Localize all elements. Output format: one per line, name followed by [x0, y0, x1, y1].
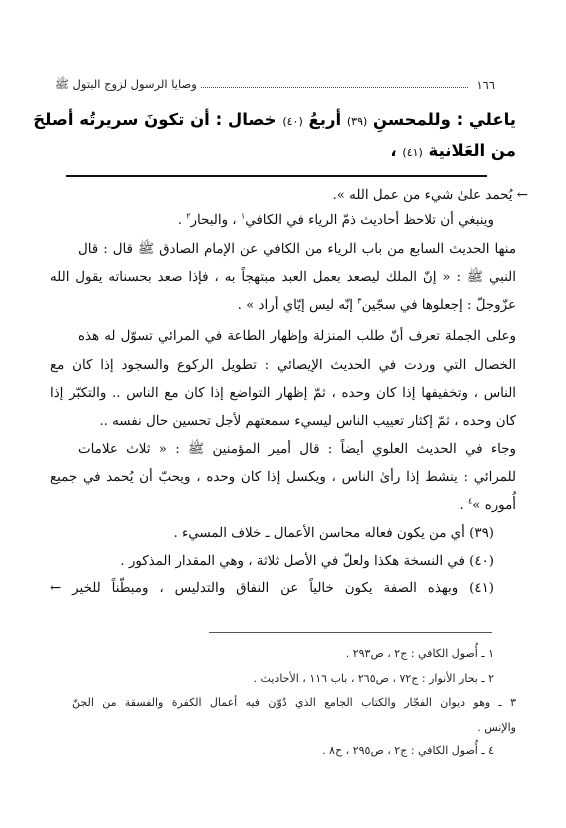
body-line: كان وحده ، ثمّ إكثار تعييب الناس ليسيء س…: [46, 415, 516, 428]
body-text: ، والبحار: [191, 213, 241, 228]
body-line: عزّوجلّ : إجعلوها في سجّين٣ إنّه ليس إيّ…: [46, 299, 516, 312]
heading-line-1: ياعلي : وللمحسنِ (٣٩) أربعُ (٤٠) خصال : …: [46, 110, 516, 129]
body-line: النبي ﷺ : « إنّ الملك ليصعد بعمل العبد م…: [50, 271, 516, 284]
footnote-3-cont: والإنس .: [46, 722, 516, 733]
footnote-4: ٤ ـ أُصول الكافي : ج٢ ، ص٢٩٥ ، ح٨ .: [24, 745, 494, 756]
note-ref-39[interactable]: (٣٩): [347, 115, 367, 128]
page-number: ١٦٦: [476, 78, 495, 92]
heading-text: أربعُ: [303, 110, 347, 129]
section-divider: [66, 175, 487, 177]
body-line: ← يُحمد علىٰ شيء من عمل الله ».: [58, 189, 528, 202]
heading-text: خصال : أن تكونَ سريرتُه أصلحَ: [33, 110, 282, 129]
footnote-divider: [209, 632, 492, 633]
body-text: أُموره »: [472, 498, 516, 513]
book-page: ١٦٦ وصايا الرسول لزوج البتول ﷺ ياعلي : و…: [0, 0, 566, 828]
editor-note-39: (٣٩) أي من يكون فعاله محاسن الأعمال ـ خل…: [24, 527, 494, 540]
dotted-leader: [201, 87, 469, 88]
body-line: وجاء في الحديث العلوي أيضاً : قال أمير ا…: [78, 443, 516, 456]
body-line: الخصال التي وردت في الحديث الإيصائي : تط…: [50, 359, 516, 372]
note-ref-40[interactable]: (٤٠): [282, 115, 302, 128]
editor-note-40: (٤٠) في النسخة هكذا ولعلّ في الأصل ثلاثة…: [24, 555, 494, 568]
body-line: أُموره »٤ .: [46, 499, 516, 512]
body-line: وعلى الجملة تعرف أنّ طلب المنزلة وإظهار …: [78, 330, 516, 343]
footnote-1: ١ ـ أُصول الكافي : ج٢ ، ص٢٩٣ .: [24, 648, 494, 659]
note-ref-41[interactable]: (٤١): [402, 146, 422, 159]
body-text: وينبغي أن تلاحظ أحاديث ذمّ الرياء في الك…: [245, 213, 494, 228]
body-line: وينبغي أن تلاحظ أحاديث ذمّ الرياء في الك…: [24, 214, 494, 227]
body-text: .: [178, 213, 187, 228]
body-text: .: [459, 498, 468, 513]
footnote-3: ٣ ـ وهو ديوان الفجّار والكتاب الجامع الذ…: [72, 697, 516, 708]
running-head: ١٦٦ وصايا الرسول لزوج البتول ﷺ: [55, 76, 495, 94]
heading-text: ،: [390, 141, 402, 160]
body-text: عزّوجلّ : إجعلوها في سجّين: [362, 298, 516, 313]
heading-text: من العَلانية: [423, 141, 516, 160]
running-title: وصايا الرسول لزوج البتول ﷺ: [55, 77, 197, 94]
footnote-2: ٢ ـ بحار الأنوار : ج٧٢ ، ص٢٦٥ ، باب ١١٦ …: [24, 673, 494, 684]
editor-note-41: (٤١) وبهذه الصفة يكون خالياً عن النفاق و…: [50, 582, 494, 595]
body-line: للمرائي : ينشط إذا رأىٰ الناس ، ويكسل إذ…: [50, 471, 516, 484]
body-text: إنّه ليس إيّاي أراد » .: [238, 298, 358, 313]
body-line: الناس ، وتخفيفها إذا كان وحده ، ثمّ إظها…: [50, 387, 516, 400]
body-line: منها الحديث السابع من باب الرياء من الكا…: [78, 243, 516, 256]
heading-text: ياعلي : وللمحسنِ: [367, 110, 516, 129]
heading-line-2: من العَلانية (٤١) ،: [46, 141, 516, 160]
